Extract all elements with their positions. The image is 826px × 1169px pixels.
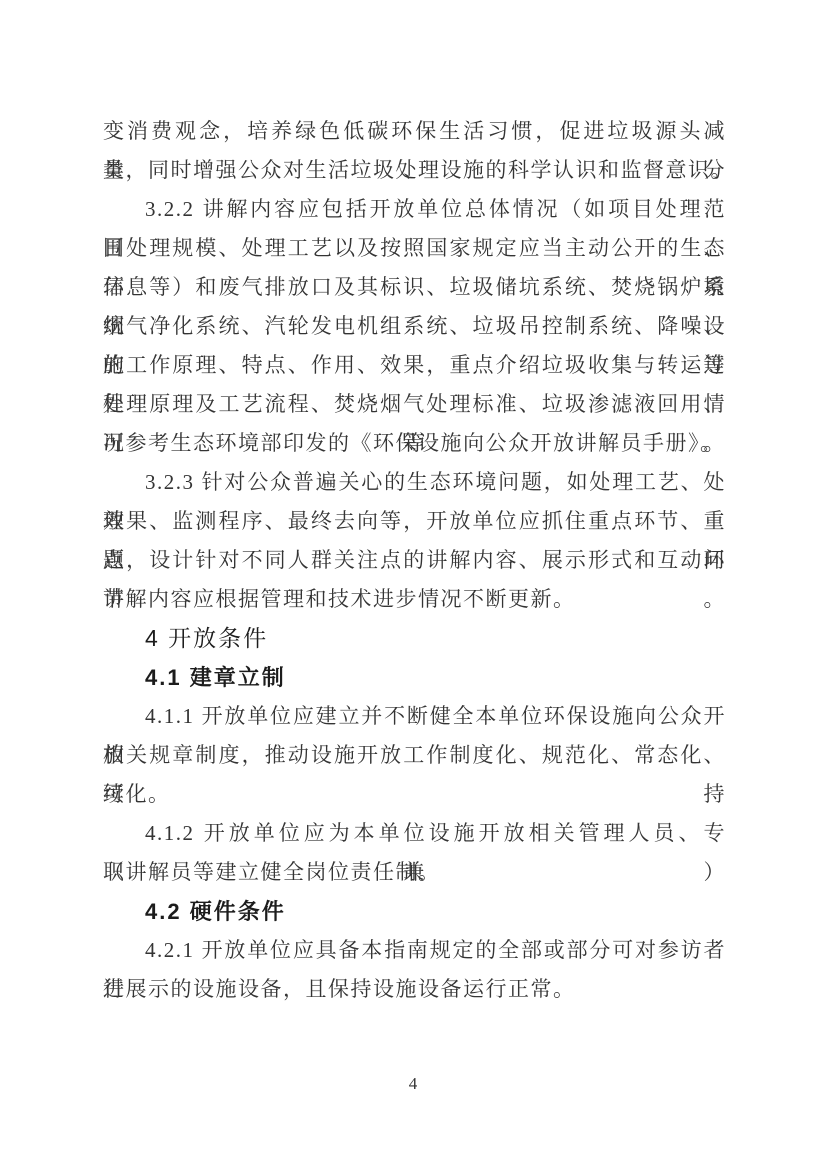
text-line: 日处理规模、处理工艺以及按照国家规定应当主动公开的生态环境 — [103, 229, 726, 268]
text-line: 的工作原理、特点、作用、效果，重点介绍垃圾收集与转运过程、 — [103, 346, 726, 385]
page-body: 变消费观念，培养绿色低碳环保生活习惯，促进垃圾源头减量、分类，同时增强公众对生活… — [103, 112, 726, 1009]
text-line: 4.2.1 开放单位应具备本指南规定的全部或部分可对参访者进 — [103, 931, 726, 970]
document-page: 变消费观念，培养绿色低碳环保生活习惯，促进垃圾源头减量、分类，同时增强公众对生活… — [0, 0, 826, 1169]
text-line: 4.1.1 开放单位应建立并不断健全本单位环保设施向公众开放 — [103, 697, 726, 736]
page-number: 4 — [0, 1074, 826, 1094]
text-line: 效果、监测程序、最终去向等，开放单位应抓住重点环节、重点问 — [103, 502, 726, 541]
section-heading: 4.1 建章立制 — [103, 658, 726, 697]
text-line: 3.2.3 针对公众普遍关心的生态环境问题，如处理工艺、处理 — [103, 463, 726, 502]
text-line: 题，设计针对不同人群关注点的讲解内容、展示形式和互动环节。 — [103, 541, 726, 580]
text-line: 烟气净化系统、汽轮发电机组系统、垃圾吊控制系统、降噪设施等 — [103, 307, 726, 346]
text-line: 3.2.2 讲解内容应包括开放单位总体情况（如项目处理范围、 — [103, 190, 726, 229]
text-line: 相关规章制度，推动设施开放工作制度化、规范化、常态化、可持 — [103, 736, 726, 775]
text-line: 处理原理及工艺流程、焚烧烟气处理标准、垃圾渗滤液回用情况等。 — [103, 385, 726, 424]
text-line: 4.1.2 开放单位应为本单位设施开放相关管理人员、专（兼） — [103, 814, 726, 853]
text-line: 可参考生态环境部印发的《环保设施向公众开放讲解员手册》。 — [103, 424, 726, 463]
text-line: 变消费观念，培养绿色低碳环保生活习惯，促进垃圾源头减量、分 — [103, 112, 726, 151]
text-line: 类，同时增强公众对生活垃圾处理设施的科学认识和监督意识。 — [103, 151, 726, 190]
section-heading: 4.2 硬件条件 — [103, 892, 726, 931]
text-line: 行展示的设施设备，且保持设施设备运行正常。 — [103, 970, 726, 1009]
text-line: 信息等）和废气排放口及其标识、垃圾储坑系统、焚烧锅炉系统、 — [103, 268, 726, 307]
section-heading: 4 开放条件 — [103, 619, 726, 658]
